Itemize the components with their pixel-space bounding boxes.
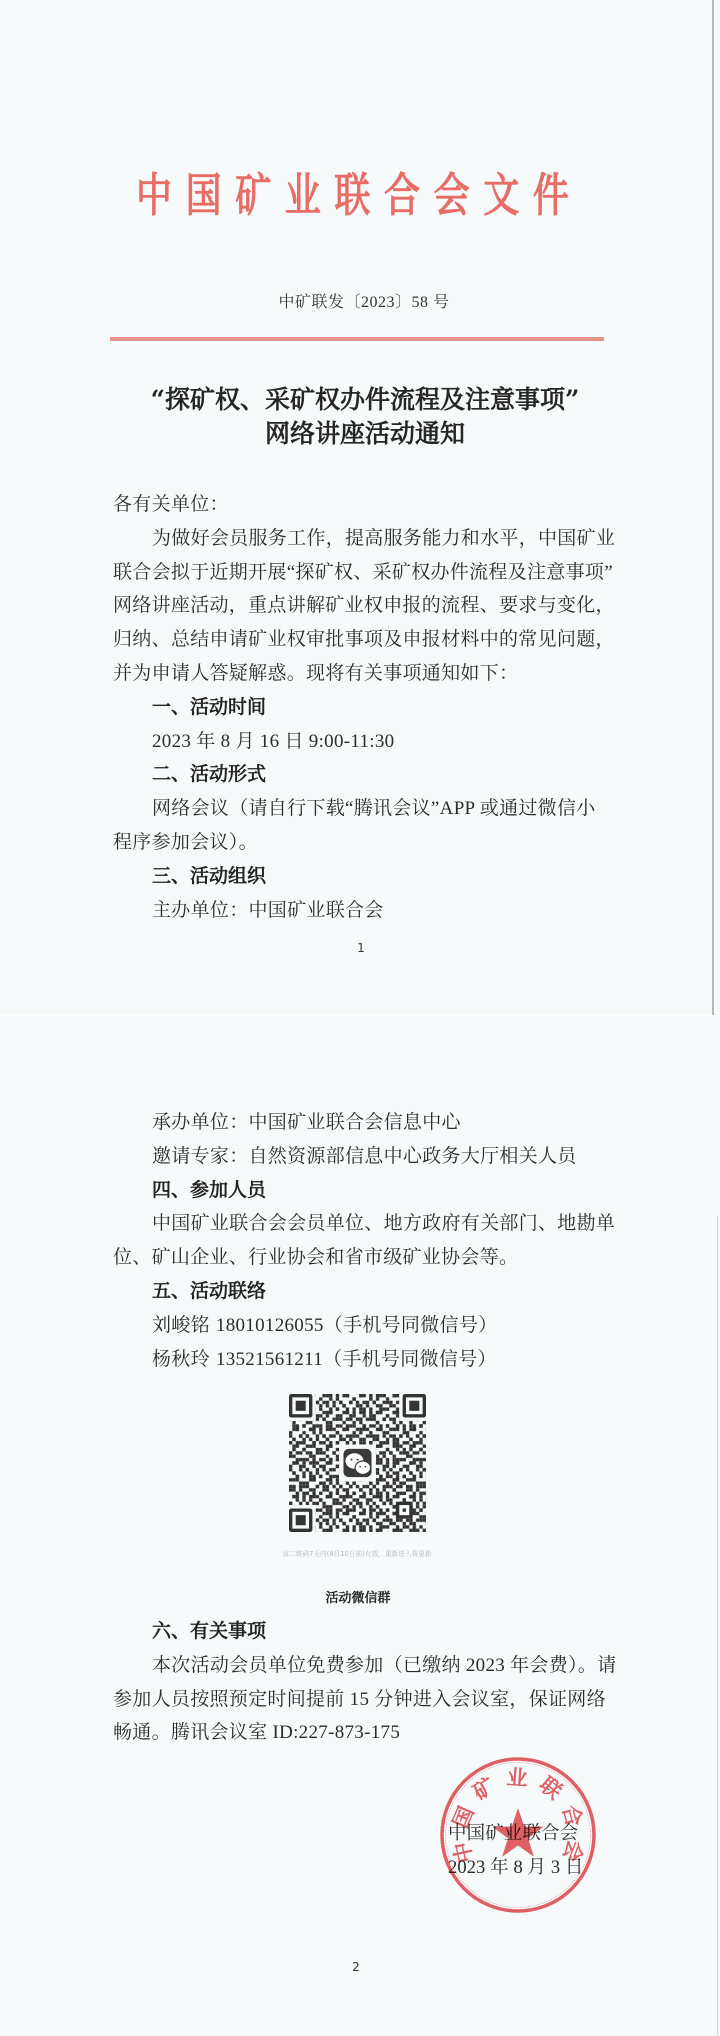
section-line: 网络会议（请自行下载“腾讯会议”APP 或通过微信小 (113, 792, 614, 826)
intro-line: 为做好会员服务工作，提高服务能力和水平，中国矿业 (113, 522, 614, 556)
qr-caption: 该二维码7天内(8月10日前)有效，重新进入将更新 (0, 1549, 714, 1559)
section-heading-format: 二、活动形式 (113, 758, 614, 792)
contact-phone: 18010126055 (216, 1315, 324, 1336)
contact-row: 刘峻铭18010126055（手机号同微信号） (113, 1309, 614, 1343)
contact-name: 刘峻铭 (152, 1315, 210, 1336)
page-number: 2 (0, 1960, 712, 1974)
document-number: 中矿联发〔2023〕58 号 (0, 292, 720, 314)
contact-note: （手机号同微信号） (324, 1315, 498, 1336)
wechat-icon (343, 1449, 371, 1477)
section-line-host: 主办单位：中国矿业联合会 (113, 894, 614, 928)
section-line: 2023 年 8 月 16 日 9:00-11:30 (113, 725, 614, 759)
wechat-group-qr-code (289, 1394, 426, 1532)
page-number: 1 (0, 941, 720, 955)
section-heading-participants: 四、参加人员 (113, 1174, 614, 1208)
contact-name: 杨秋玲 (152, 1349, 210, 1370)
page-1: 中国矿业联合会文件 中矿联发〔2023〕58 号 “探矿权、采矿权办件流程及注意… (0, 0, 720, 1016)
contact-phone: 13521561211 (216, 1349, 323, 1370)
contact-note: （手机号同微信号） (323, 1349, 497, 1370)
qr-label: 活动微信群 (0, 1590, 716, 1608)
page-edge (717, 1216, 718, 2036)
salutation: 各有关单位： (113, 488, 614, 522)
notice-title-line-1: “探矿权、采矿权办件流程及注意事项” (0, 383, 720, 417)
section-line: 程序参加会议）。 (113, 826, 614, 860)
section-line: 畅通。腾讯会议室 ID:227-873-175 (113, 1716, 614, 1750)
red-separator-rule (110, 337, 604, 341)
page-1-body: 各有关单位： 为做好会员服务工作，提高服务能力和水平，中国矿业 联合会拟于近期开… (113, 488, 614, 927)
section-line-organizer: 承办单位：中国矿业联合会信息中心 (113, 1106, 614, 1140)
page-2-body: 承办单位：中国矿业联合会信息中心 邀请专家：自然资源部信息中心政务大厅相关人员 … (113, 1106, 614, 1376)
notice-title-line-2: 网络讲座活动通知 (0, 417, 720, 451)
section-heading-notes: 六、有关事项 (113, 1615, 614, 1649)
page-2-body-notes: 六、有关事项 本次活动会员单位免费参加（已缴纳 2023 年会费）。请 参加人员… (113, 1615, 614, 1750)
notice-title: “探矿权、采矿权办件流程及注意事项” 网络讲座活动通知 (0, 383, 720, 451)
page-2: 承办单位：中国矿业联合会信息中心 邀请专家：自然资源部信息中心政务大厅相关人员 … (0, 1016, 720, 2036)
section-heading-organization: 三、活动组织 (113, 860, 614, 894)
contact-row: 杨秋玲13521561211（手机号同微信号） (113, 1343, 614, 1377)
section-heading-contact: 五、活动联络 (113, 1275, 614, 1309)
page-edge (712, 0, 714, 1016)
section-line-experts: 邀请专家：自然资源部信息中心政务大厅相关人员 (113, 1140, 614, 1174)
intro-line: 网络讲座活动，重点讲解矿业权申报的流程、要求与变化， (113, 589, 614, 623)
issuer-red-header: 中国矿业联合会文件 (136, 174, 582, 220)
intro-line: 联合会拟于近期开展“探矿权、采矿权办件流程及注意事项” (113, 556, 614, 590)
section-heading-time: 一、活动时间 (113, 691, 614, 725)
section-line: 中国矿业联合会会员单位、地方政府有关部门、地勘单 (113, 1207, 614, 1241)
official-seal-stamp: 中国矿业联合会 (438, 1755, 598, 1915)
intro-line: 并为申请人答疑解惑。现将有关事项通知如下： (113, 657, 614, 691)
section-line: 本次活动会员单位免费参加（已缴纳 2023 年会费）。请 (113, 1649, 614, 1683)
section-line: 位、矿山企业、行业协会和省市级矿业协会等。 (113, 1241, 614, 1275)
intro-line: 归纳、总结申请矿业权审批事项及申报材料中的常见问题， (113, 623, 614, 657)
section-line: 参加人员按照预定时间提前 15 分钟进入会议室，保证网络 (113, 1683, 614, 1717)
star-icon (492, 1808, 543, 1857)
